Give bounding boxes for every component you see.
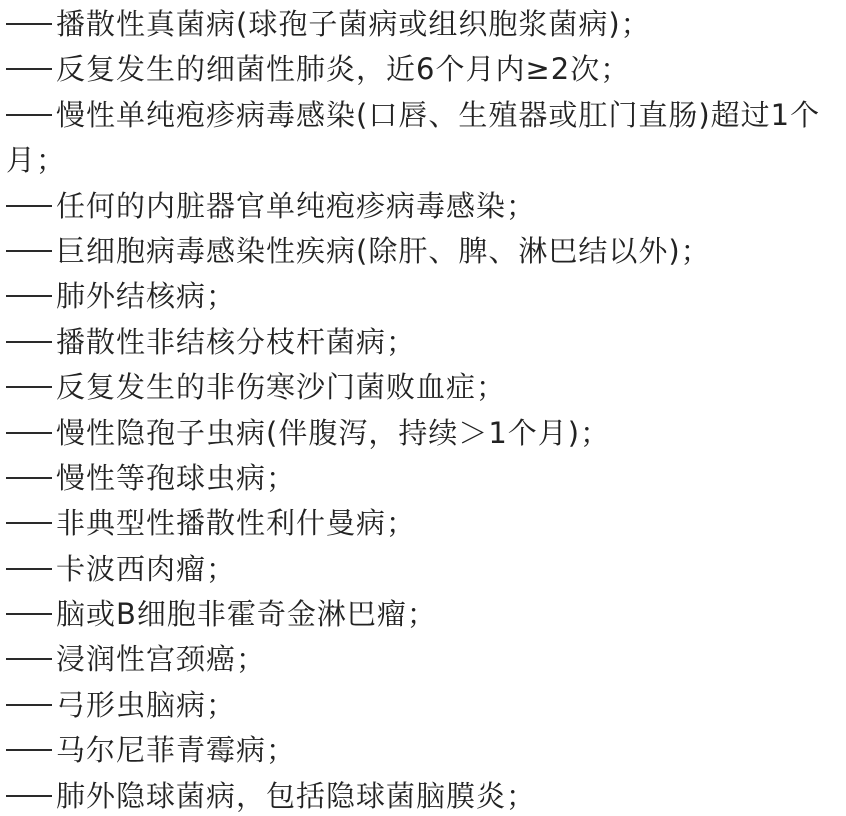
list-item: 肺外结核病； [6,274,846,319]
em-dash-bullet [6,432,52,434]
list-item-text: 弓形虫脑病； [56,688,236,722]
list-item: 慢性等孢球虫病； [6,456,846,501]
list-item-text: 巨细胞病毒感染性疾病(除肝、脾、淋巴结以外)； [56,234,711,268]
em-dash-bullet [6,68,52,70]
list-item: 非典型性播散性利什曼病； [6,501,846,546]
em-dash-bullet [6,795,52,797]
list-item: 脑或B细胞非霍奇金淋巴瘤； [6,592,846,637]
em-dash-bullet [6,749,52,751]
em-dash-bullet [6,568,52,570]
list-item: 巨细胞病毒感染性疾病(除肝、脾、淋巴结以外)； [6,229,846,274]
list-item-text: 卡波西肉瘤； [56,552,236,586]
list-item-continuation: 月； [6,138,846,183]
list-item-text: 任何的内脏器官单纯疱疹病毒感染； [56,189,536,223]
em-dash-bullet [6,341,52,343]
list-item: 慢性单纯疱疹病毒感染(口唇、生殖器或肛门直肠)超过1个 [6,93,846,138]
list-item-text: 慢性单纯疱疹病毒感染(口唇、生殖器或肛门直肠)超过1个 [56,98,820,132]
list-item: 反复发生的非伤寒沙门菌败血症； [6,365,846,410]
list-item-text: 马尔尼菲青霉病； [56,733,296,767]
list-item-text: 肺外结核病； [56,279,236,313]
disease-list: 播散性真菌病(球孢子菌病或组织胞浆菌病)； 反复发生的细菌性肺炎，近6个月内≥2… [6,2,846,816]
em-dash-bullet [6,704,52,706]
em-dash-bullet [6,114,52,116]
em-dash-bullet [6,205,52,207]
list-item-text: 反复发生的非伤寒沙门菌败血症； [56,370,506,404]
list-item-text: 肺外隐球菌病，包括隐球菌脑膜炎； [56,779,536,813]
list-item: 慢性隐孢子虫病(伴腹泻，持续＞1个月)； [6,411,846,456]
em-dash-bullet [6,658,52,660]
list-item-text: 非典型性播散性利什曼病； [56,506,416,540]
list-item: 浸润性宫颈癌； [6,637,846,682]
em-dash-bullet [6,23,52,25]
list-item: 播散性非结核分枝杆菌病； [6,320,846,365]
list-item-text: 脑或B细胞非霍奇金淋巴瘤； [56,597,437,631]
em-dash-bullet [6,295,52,297]
em-dash-bullet [6,386,52,388]
list-item-text: 浸润性宫颈癌； [56,642,266,676]
em-dash-bullet [6,477,52,479]
list-item: 肺外隐球菌病，包括隐球菌脑膜炎； [6,774,846,816]
list-item: 马尔尼菲青霉病； [6,728,846,773]
list-item-text: 慢性隐孢子虫病(伴腹泻，持续＞1个月)； [56,416,610,450]
list-item: 弓形虫脑病； [6,683,846,728]
list-item-text: 播散性非结核分枝杆菌病； [56,325,416,359]
em-dash-bullet [6,522,52,524]
list-item-text: 播散性真菌病(球孢子菌病或组织胞浆菌病)； [56,7,651,41]
list-item: 任何的内脏器官单纯疱疹病毒感染； [6,184,846,229]
list-item: 播散性真菌病(球孢子菌病或组织胞浆菌病)； [6,2,846,47]
em-dash-bullet [6,250,52,252]
list-item-text: 反复发生的细菌性肺炎，近6个月内≥2次； [56,52,630,86]
list-item-text: 月； [6,143,66,177]
list-item-text: 慢性等孢球虫病； [56,461,296,495]
list-item: 卡波西肉瘤； [6,547,846,592]
list-item: 反复发生的细菌性肺炎，近6个月内≥2次； [6,47,846,92]
em-dash-bullet [6,613,52,615]
